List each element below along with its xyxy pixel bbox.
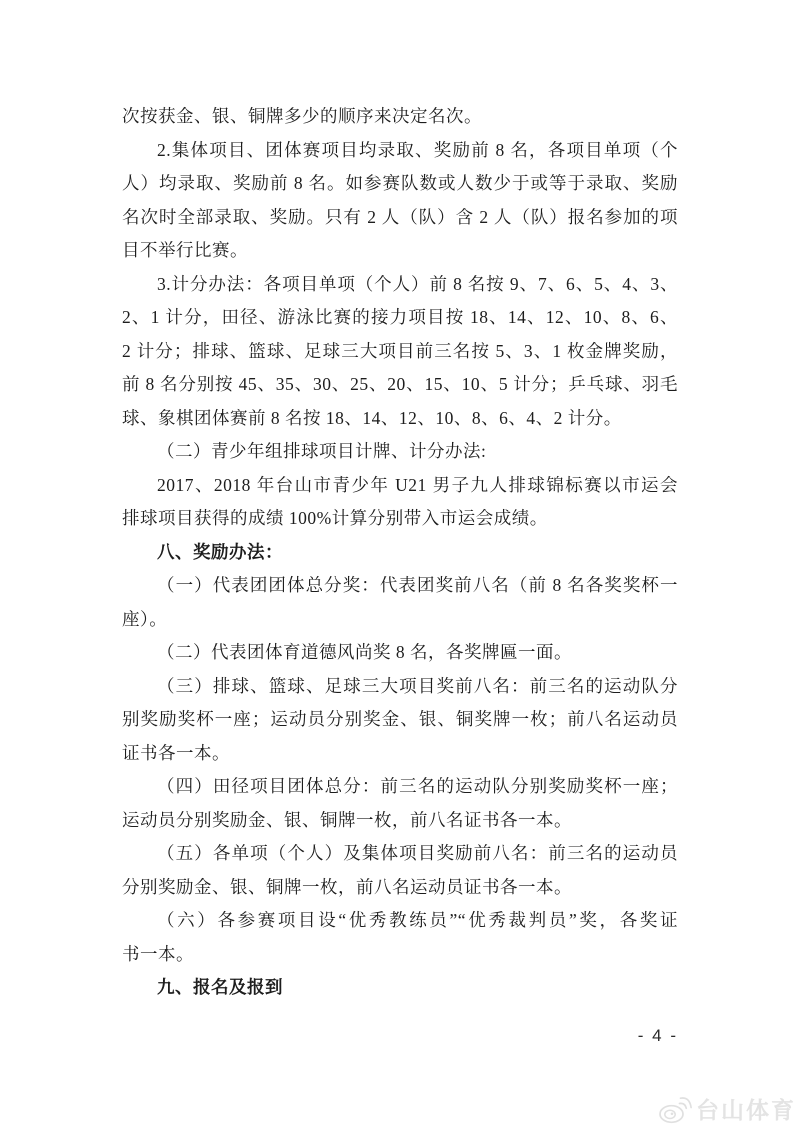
doc-line: （三）排球、篮球、足球三大项目奖前八名：前三名的运动队分 (122, 670, 678, 704)
doc-line: （一）代表团团体总分奖：代表团奖前八名（前 8 名各奖奖杯一 (122, 569, 678, 603)
doc-line: 别奖励奖杯一座；运动员分别奖金、银、铜奖牌一枚；前八名运动员 (122, 703, 678, 737)
section-heading-awards: 八、奖励办法： (122, 536, 678, 570)
doc-line: 次按获金、银、铜牌多少的顺序来决定名次。 (122, 100, 678, 134)
doc-line: 目不举行比赛。 (122, 234, 678, 268)
doc-line: 2、1 计分，田径、游泳比赛的接力项目按 18、14、12、10、8、6、4、 (122, 301, 678, 335)
doc-line: （二）代表团体育道德风尚奖 8 名，各奖牌匾一面。 (122, 636, 678, 670)
page-number: - 4 - (122, 1026, 678, 1046)
document-text-block: 次按获金、银、铜牌多少的顺序来决定名次。 2.集体项目、团体赛项目均录取、奖励前… (122, 100, 678, 1005)
watermark-label: 台山体育 (696, 1092, 796, 1125)
doc-line: 座）。 (122, 603, 678, 637)
doc-line: 前 8 名分别按 45、35、30、25、20、15、10、5 计分；乒乓球、羽… (122, 368, 678, 402)
document-page: 次按获金、银、铜牌多少的顺序来决定名次。 2.集体项目、团体赛项目均录取、奖励前… (0, 0, 800, 1131)
doc-line: 分别奖励金、银、铜牌一枚，前八名运动员证书各一本。 (122, 871, 678, 905)
weibo-icon (658, 1094, 692, 1124)
doc-line: 球、象棋团体赛前 8 名按 18、14、12、10、8、6、4、2 计分。 (122, 402, 678, 436)
doc-line: （四）田径项目团体总分：前三名的运动队分别奖励奖杯一座； (122, 770, 678, 804)
doc-line: （五）各单项（个人）及集体项目奖励前八名：前三名的运动员 (122, 837, 678, 871)
doc-line: 人）均录取、奖励前 8 名。如参赛队数或人数少于或等于录取、奖励 (122, 167, 678, 201)
doc-line: 3.计分办法：各项目单项（个人）前 8 名按 9、7、6、5、4、3、 (122, 268, 678, 302)
doc-line: 运动员分别奖励金、银、铜牌一枚，前八名证书各一本。 (122, 804, 678, 838)
doc-line: 证书各一本。 (122, 737, 678, 771)
watermark: 台山体育 (658, 1092, 796, 1125)
doc-line: （二）青少年组排球项目计牌、计分办法: (122, 435, 678, 469)
doc-line: 书一本。 (122, 938, 678, 972)
doc-line: 2 计分；排球、篮球、足球三大项目前三名按 5、3、1 枚金牌奖励， (122, 335, 678, 369)
doc-line: 名次时全部录取、奖励。只有 2 人（队）含 2 人（队）报名参加的项 (122, 201, 678, 235)
doc-line: （六）各参赛项目设“优秀教练员”“优秀裁判员”奖，各奖证 (122, 904, 678, 938)
doc-line: 2017、2018 年台山市青少年 U21 男子九人排球锦标赛以市运会 (122, 469, 678, 503)
doc-line: 2.集体项目、团体赛项目均录取、奖励前 8 名，各项目单项（个 (122, 134, 678, 168)
doc-line: 排球项目获得的成绩 100%计算分别带入市运会成绩。 (122, 502, 678, 536)
section-heading-registration: 九、报名及报到 (122, 971, 678, 1005)
